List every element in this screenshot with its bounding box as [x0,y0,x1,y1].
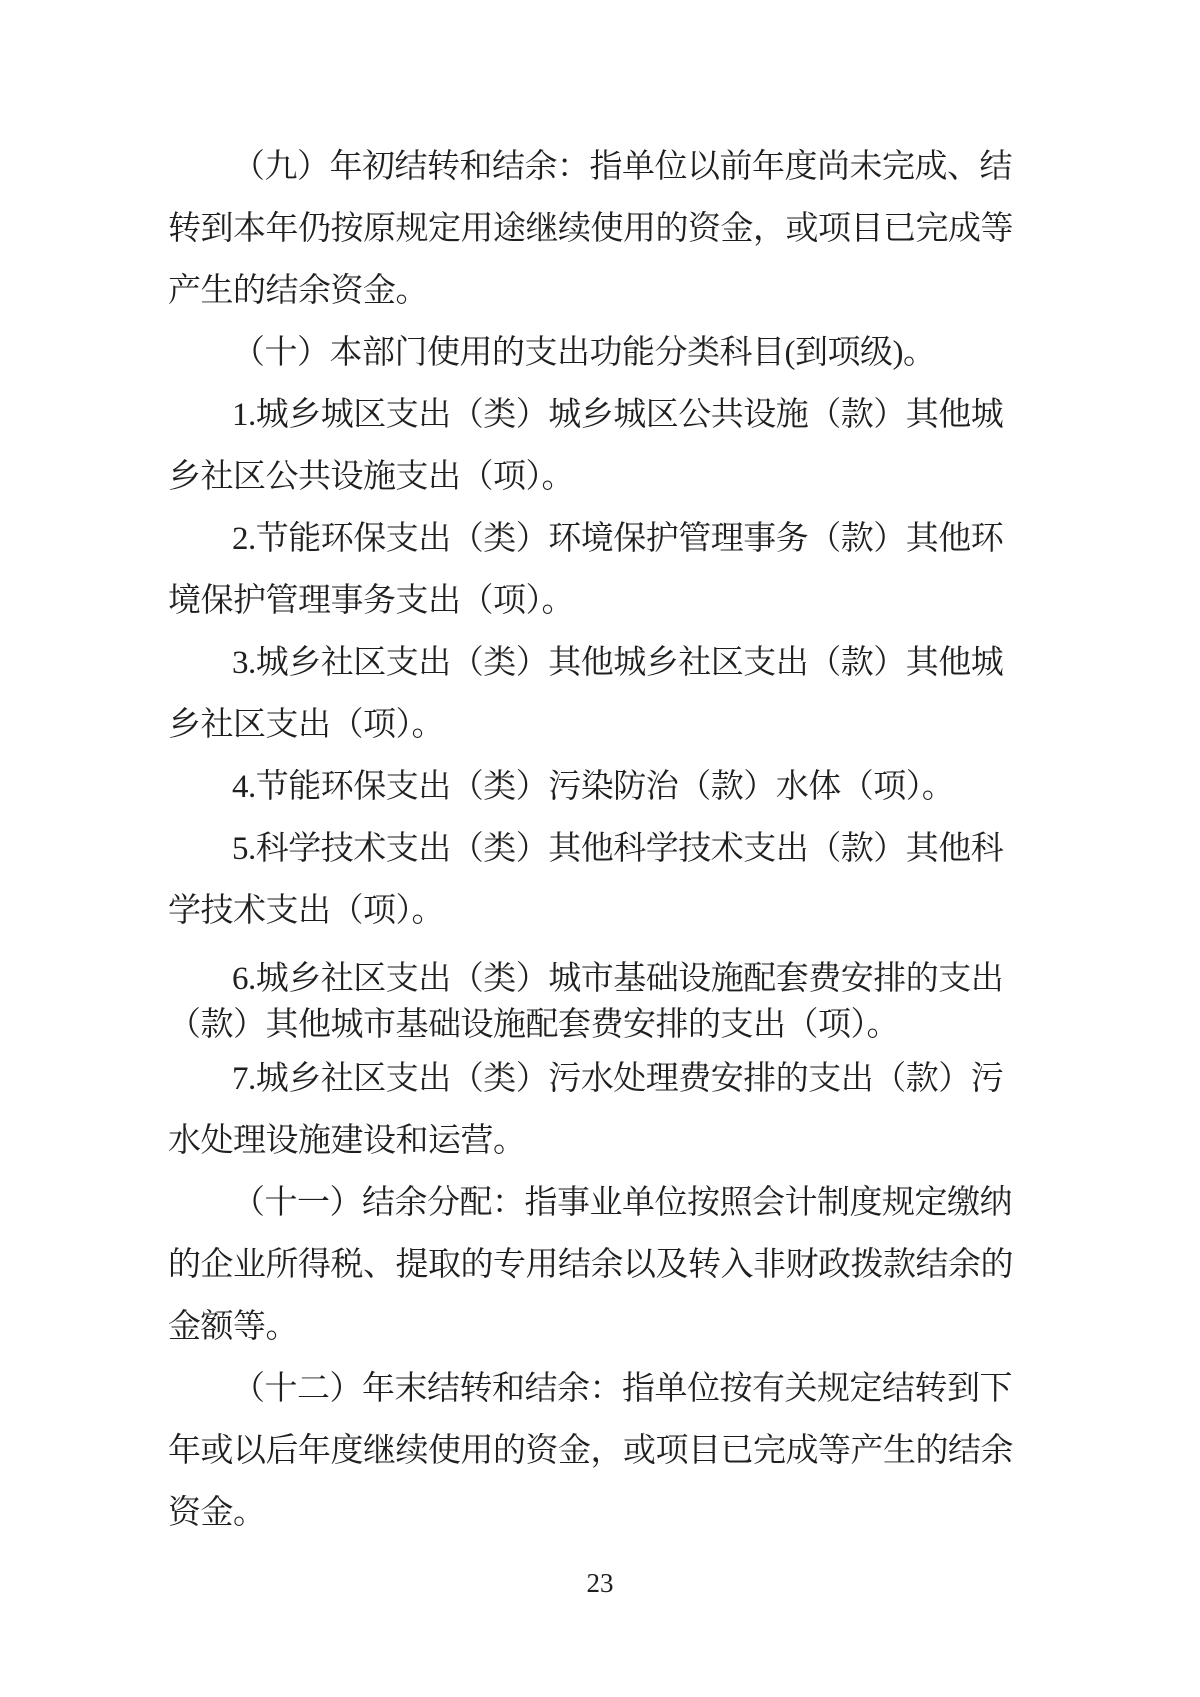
paragraph-section-9: （九）年初结转和结余：指单位以前年度尚未完成、结 转到本年仍按原规定用途继续使用… [168,136,1020,322]
paragraph-item-3: 3.城乡社区支出（类）其他城乡社区支出（款）其他城 乡社区支出（项）。 [168,632,1020,756]
page-number: 23 [0,1568,1200,1598]
paragraph-item-5: 5.科学技术支出（类）其他科学技术支出（款）其他科 学技术支出（项）。 [168,818,1020,942]
paragraph-item-1: 1.城乡城区支出（类）城乡城区公共设施（款）其他城 乡社区公共设施支出（项）。 [168,384,1020,508]
paragraph-item-6: 6.城乡社区支出（类）城市基础设施配套费安排的支出 （款）其他城市基础设施配套费… [168,956,1020,1048]
document-page: （九）年初结转和结余：指单位以前年度尚未完成、结 转到本年仍按原规定用途继续使用… [0,0,1200,1697]
text-block: （九）年初结转和结余：指单位以前年度尚未完成、结 转到本年仍按原规定用途继续使用… [168,136,1020,1544]
paragraph-section-10: （十）本部门使用的支出功能分类科目(到项级)。 [168,322,1020,384]
paragraph-item-2: 2.节能环保支出（类）环境保护管理事务（款）其他环 境保护管理事务支出（项）。 [168,508,1020,632]
paragraph-section-12: （十二）年末结转和结余：指单位按有关规定结转到下 年或以后年度继续使用的资金，或… [168,1358,1020,1544]
paragraph-item-7: 7.城乡社区支出（类）污水处理费安排的支出（款）污 水处理设施建设和运营。 [168,1048,1020,1172]
paragraph-item-4: 4.节能环保支出（类）污染防治（款）水体（项）。 [168,756,1020,818]
paragraph-section-11: （十一）结余分配：指事业单位按照会计制度规定缴纳 的企业所得税、提取的专用结余以… [168,1172,1020,1358]
